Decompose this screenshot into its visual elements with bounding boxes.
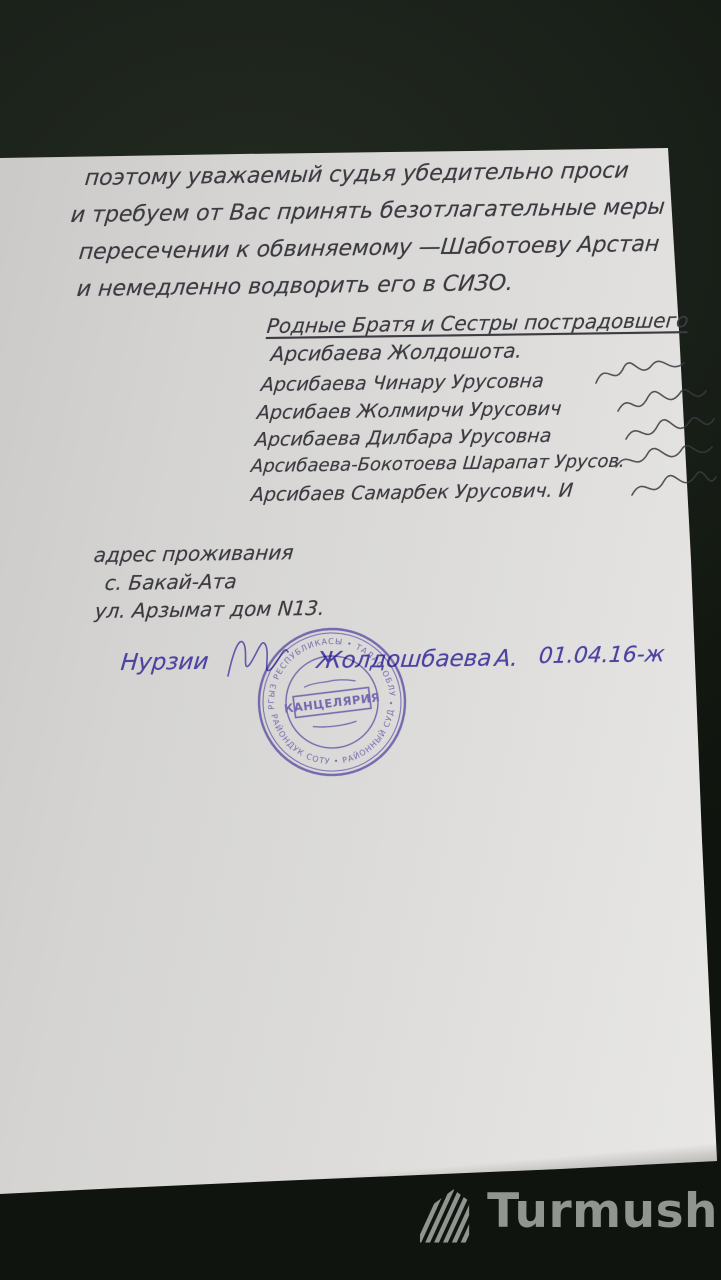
- signature-initial: А.: [494, 646, 519, 672]
- signatory-name: Арсибаева Чинару Урусовна: [260, 370, 545, 396]
- address-village: с. Бакай-Ата: [104, 569, 238, 595]
- signatory-name: Арсибаева Дилбара Урусовна: [254, 425, 552, 451]
- signature-date: 01.04.16-ж: [538, 642, 666, 669]
- photo-background: поэтому уважаемый судья убедительно прос…: [0, 0, 721, 1280]
- signature-name-left: Нурзии: [120, 649, 210, 676]
- stamp-center-text: КАНЦЕЛЯРИЯ: [283, 690, 381, 716]
- watermark-text: Turmush: [487, 1183, 718, 1241]
- address-label: адрес проживания: [93, 540, 295, 567]
- court-stamp: КЫРГЫЗ РЕСПУБЛИКАСЫ • ТАЛАС ОБЛУСУ РАЙОН…: [241, 611, 424, 794]
- petition-heading-line2: Арсибаева Жолдошота.: [270, 338, 523, 366]
- house-logo-icon: [418, 1187, 481, 1245]
- address-street: ул. Арзымат дом N13.: [94, 596, 326, 623]
- signatory-name: Арсибаев Жолмирчи Урусович: [256, 398, 562, 424]
- signatory-name: Арсибаев Самарбек Урусович. И: [250, 480, 574, 507]
- signature-scribble: [588, 355, 716, 507]
- turmush-watermark: Turmush: [418, 1183, 718, 1253]
